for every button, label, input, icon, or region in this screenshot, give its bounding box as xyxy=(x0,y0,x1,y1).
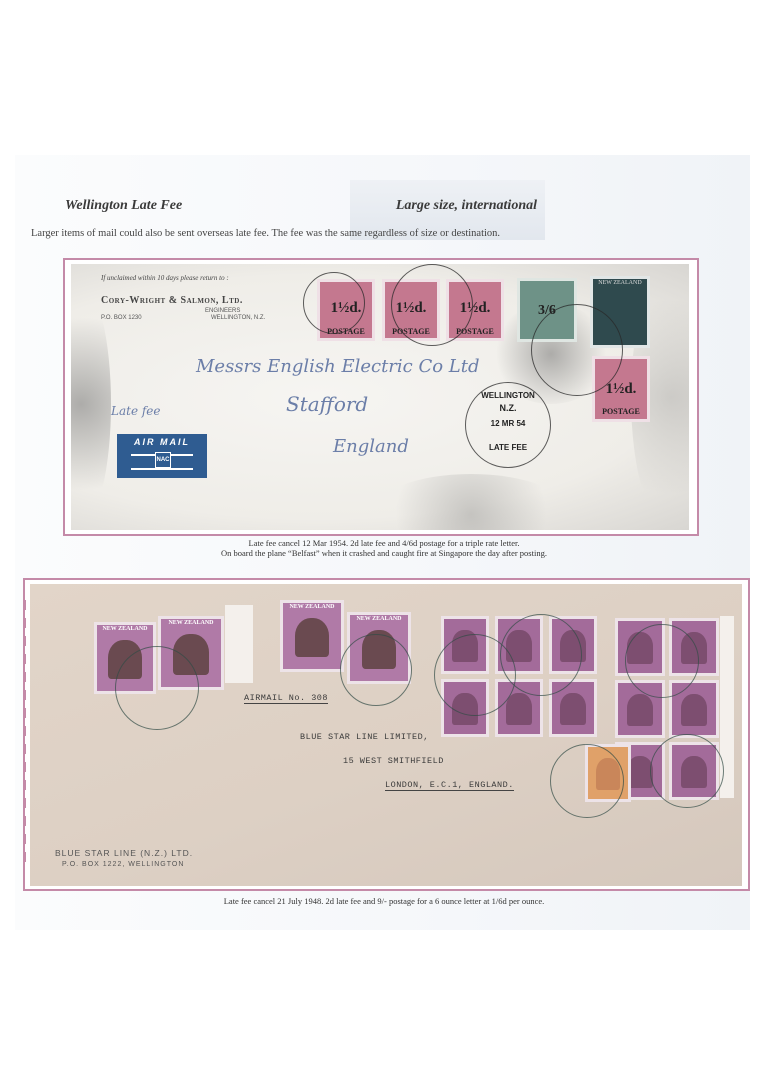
stain xyxy=(371,474,571,530)
caption-line: Late fee cancel 12 Mar 1954. 2d late fee… xyxy=(0,538,768,548)
caption-line: On board the plane “Belfast” when it cra… xyxy=(0,548,768,558)
late-fee-annotation: Late fee xyxy=(111,404,161,418)
sender-pobox: P.O. BOX 1230 xyxy=(101,315,142,321)
return-instruction: If unclaimed within 10 days please retur… xyxy=(101,274,229,282)
stamp-country: NEW ZEALAND xyxy=(593,280,647,286)
king-portrait-icon xyxy=(627,694,653,725)
address-line-2: 15 WEST SMITHFIELD xyxy=(343,756,444,766)
postmark xyxy=(500,614,582,696)
airmail-text: AIR MAIL xyxy=(117,437,207,447)
sender-address: P.O. BOX 1222, WELLINGTON xyxy=(62,861,184,868)
cover-2-frame: NEW ZEALAND NEW ZEALAND NEW ZEALAND NEW … xyxy=(23,578,750,891)
cover-1-envelope: If unclaimed within 10 days please retur… xyxy=(71,264,689,530)
postmark xyxy=(625,624,699,698)
airmail-reference: AIRMAIL No. 308 xyxy=(244,693,328,704)
postmark-country: N.Z. xyxy=(466,403,550,413)
stamp-selvage xyxy=(225,605,253,683)
stamp-country: NEW ZEALAND xyxy=(283,604,341,610)
king-portrait-icon xyxy=(295,618,330,658)
stamp-label: POSTAGE xyxy=(595,407,647,416)
cover-1-caption: Late fee cancel 12 Mar 1954. 2d late fee… xyxy=(0,538,768,558)
postmark xyxy=(550,744,624,818)
postmark-date: 12 MR 54 xyxy=(466,419,550,428)
cover-1-frame: If unclaimed within 10 days please retur… xyxy=(63,258,699,536)
postmark xyxy=(340,634,412,706)
postmark-late-fee: LATE FEE xyxy=(466,443,550,452)
king-portrait-icon xyxy=(560,693,585,724)
stamp-country: NEW ZEALAND xyxy=(161,620,221,626)
nac-badge: NAC xyxy=(155,452,171,468)
page-title: Wellington Late Fee xyxy=(65,198,182,214)
postmark xyxy=(531,304,623,396)
postmark xyxy=(650,734,724,808)
address-line-1: Messrs English Electric Co Ltd xyxy=(196,356,480,377)
sender-city: WELLINGTON, N.Z. xyxy=(211,315,265,321)
postmark xyxy=(391,264,473,346)
late-fee-postmark: WELLINGTON N.Z. 12 MR 54 LATE FEE xyxy=(465,382,551,468)
cover-2-envelope: NEW ZEALAND NEW ZEALAND NEW ZEALAND NEW … xyxy=(30,584,742,886)
page-subtitle: Large size, international xyxy=(396,198,537,214)
postmark xyxy=(115,646,199,730)
postmark-city: WELLINGTON xyxy=(466,391,550,400)
sender-tagline: ENGINEERS xyxy=(205,308,240,314)
stamp-country: NEW ZEALAND xyxy=(97,626,153,632)
address-line-3: England xyxy=(333,436,409,457)
address-line-3: LONDON, E.C.1, ENGLAND. xyxy=(385,780,514,791)
airmail-label: AIR MAIL NAC xyxy=(117,434,207,478)
king-portrait-icon xyxy=(681,694,707,725)
sender-company: Cory-Wright & Salmon, Ltd. xyxy=(101,295,243,306)
sender-name: BLUE STAR LINE (N.Z.) LTD. xyxy=(55,848,193,858)
intro-text: Larger items of mail could also be sent … xyxy=(31,228,500,239)
address-line-1: BLUE STAR LINE LIMITED, xyxy=(300,732,429,742)
address-line-2: Stafford xyxy=(286,392,368,416)
stamp-country: NEW ZEALAND xyxy=(350,616,408,622)
stamp-1s-c: NEW ZEALAND xyxy=(280,600,344,672)
postmark xyxy=(303,272,365,334)
king-portrait-icon xyxy=(506,693,531,724)
cover-2-caption: Late fee cancel 21 July 1948. 2d late fe… xyxy=(0,896,768,906)
